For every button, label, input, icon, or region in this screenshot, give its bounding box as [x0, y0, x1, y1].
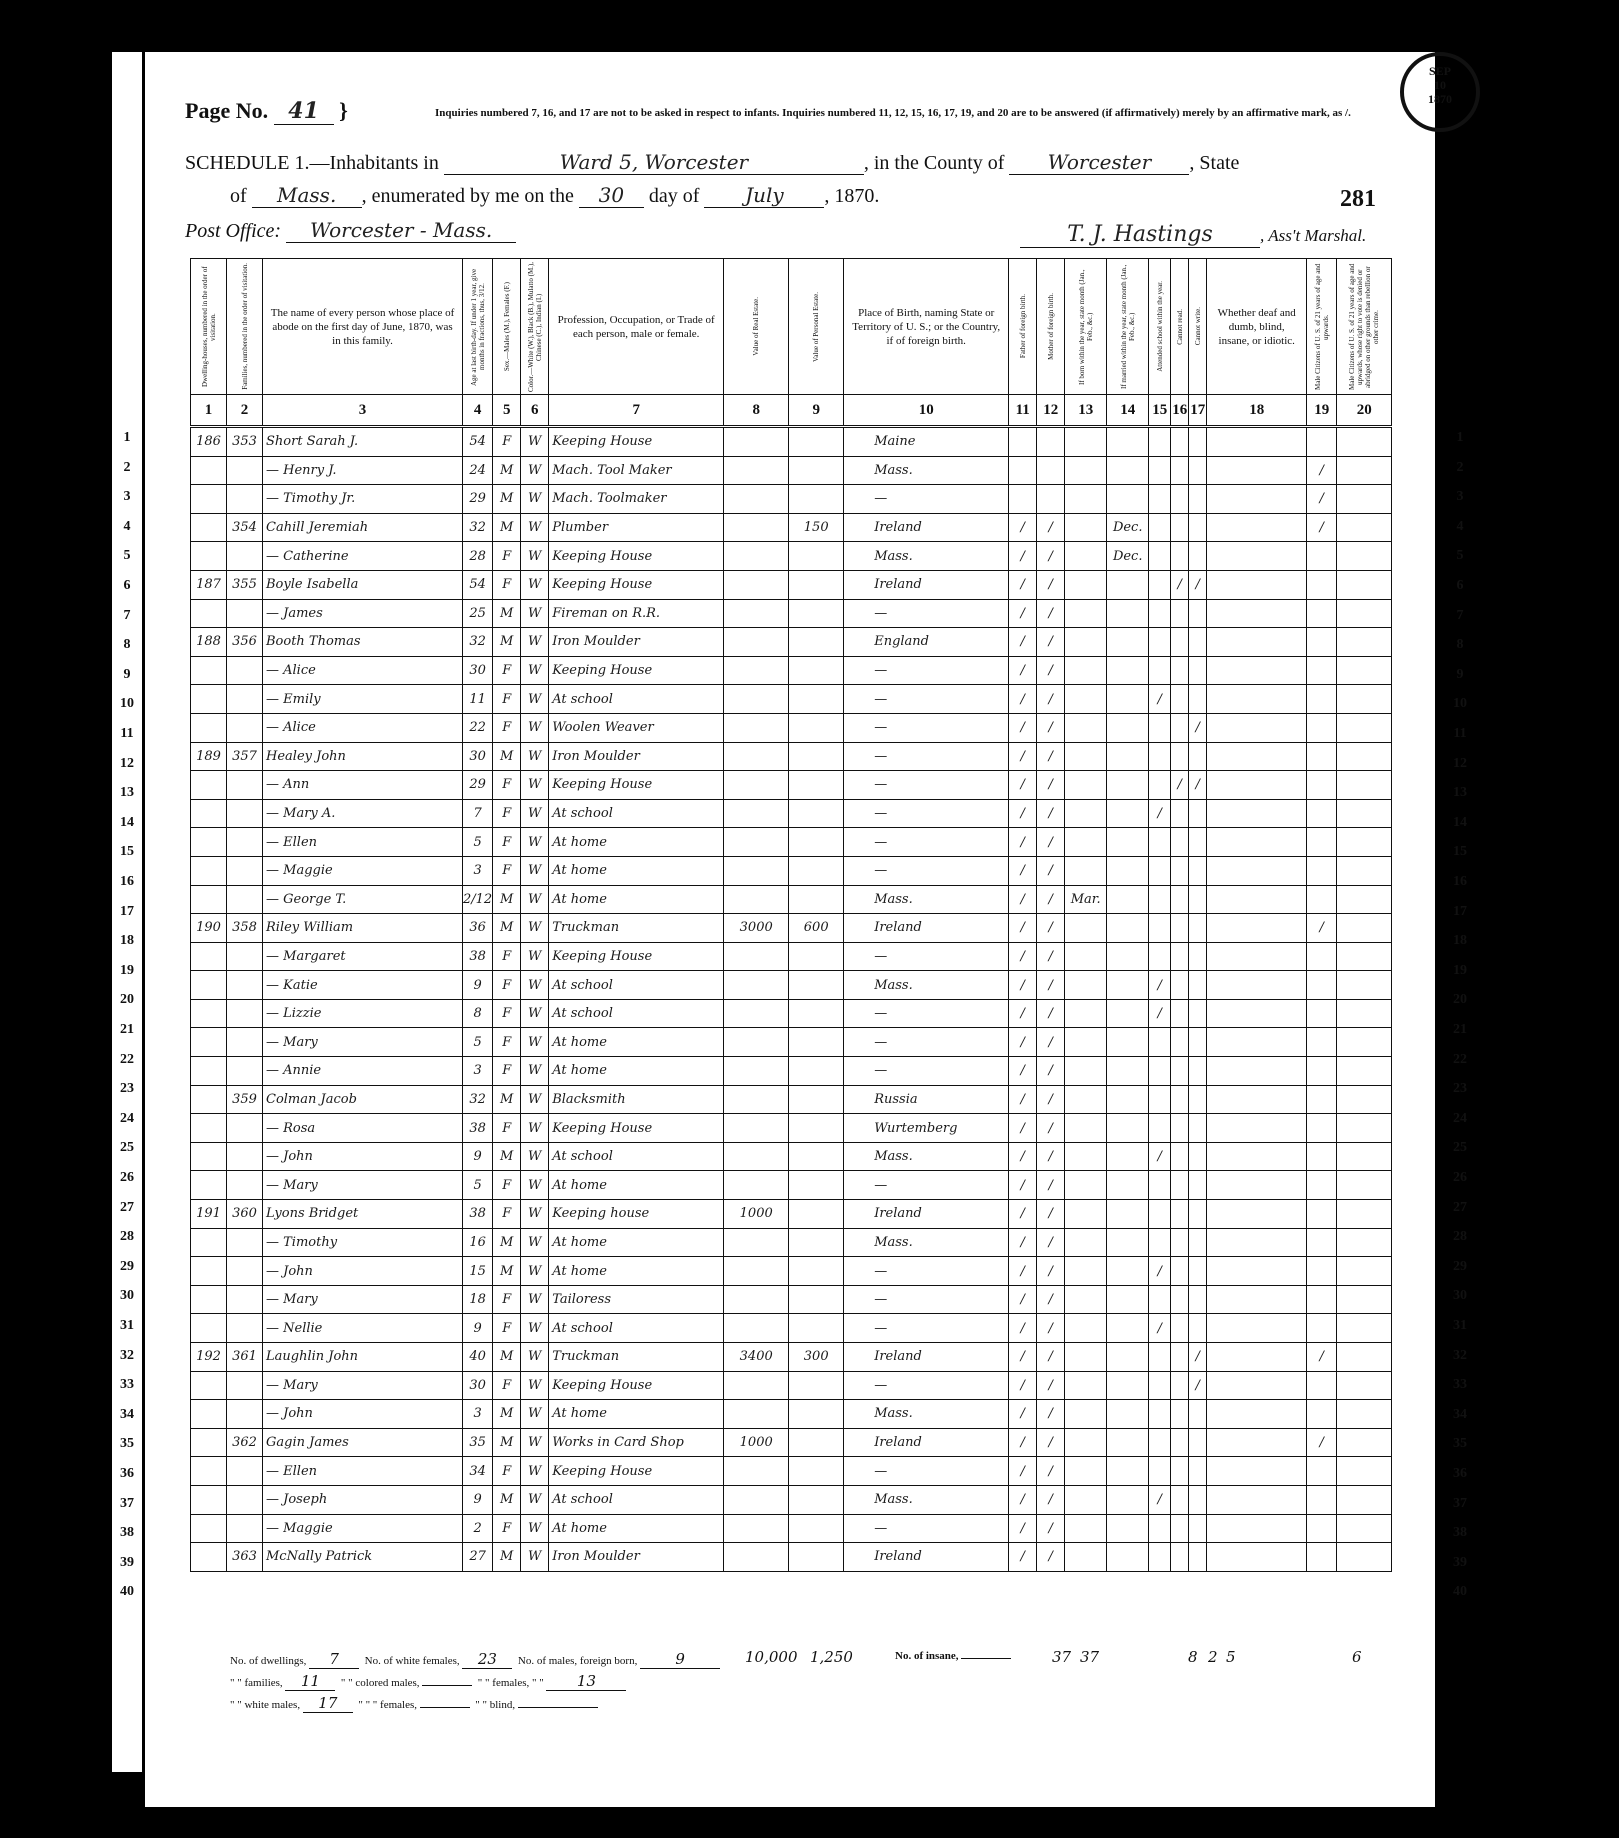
cell-sex: F — [493, 999, 521, 1028]
cell-c19 — [1307, 1400, 1337, 1429]
cell-school: / — [1149, 799, 1171, 828]
cell-c20 — [1337, 456, 1392, 485]
colored-males-count — [422, 1685, 472, 1686]
left-line-number: 24 — [112, 1111, 142, 1127]
table-row: 189357Healey John30MWIron Moulder—// — [191, 742, 1392, 771]
cell-c19 — [1307, 1028, 1337, 1057]
left-line-number: 25 — [112, 1140, 142, 1156]
cell-read — [1171, 1371, 1189, 1400]
cell-family — [227, 771, 263, 800]
cell-family — [227, 1028, 263, 1057]
cell-real — [724, 456, 789, 485]
cell-occupation: At home — [549, 1228, 724, 1257]
table-row: — Joseph9MWAt schoolMass./// — [191, 1485, 1392, 1514]
cell-age: 7 — [463, 799, 493, 828]
cell-real: 3000 — [724, 914, 789, 943]
cell-age: 11 — [463, 685, 493, 714]
cell-birthplace: Mass. — [844, 1400, 1009, 1429]
cell-sex: M — [493, 914, 521, 943]
column-number-11: 11 — [1009, 395, 1037, 427]
cell-occupation: At home — [549, 1514, 724, 1543]
cell-deaf — [1207, 1171, 1307, 1200]
cell-personal — [789, 1257, 844, 1286]
cell-dwelling: 190 — [191, 914, 227, 943]
table-row: 362Gagin James35MWWorks in Card Shop1000… — [191, 1428, 1392, 1457]
cell-occupation: At school — [549, 999, 724, 1028]
cell-color: W — [521, 1371, 549, 1400]
cell-born — [1065, 570, 1107, 599]
cell-name: — Margaret — [263, 942, 463, 971]
cell-personal — [789, 456, 844, 485]
cell-family: 361 — [227, 1343, 263, 1372]
cell-sex: F — [493, 1114, 521, 1143]
cell-occupation: Mach. Toolmaker — [549, 485, 724, 514]
table-row: — Alice30FWKeeping House—// — [191, 656, 1392, 685]
blind-label: " " blind, — [475, 1699, 515, 1711]
cell-c19: / — [1307, 1343, 1337, 1372]
left-line-number: 27 — [112, 1200, 142, 1216]
cell-c20 — [1337, 1371, 1392, 1400]
cell-write — [1189, 971, 1207, 1000]
total-father-foreign: 37 — [1052, 1648, 1071, 1666]
cell-age: 24 — [463, 456, 493, 485]
cell-school: / — [1149, 1485, 1171, 1514]
cell-sex: F — [493, 1200, 521, 1229]
cell-birthplace: — — [844, 1057, 1009, 1086]
cell-dwelling — [191, 485, 227, 514]
cell-family: 359 — [227, 1085, 263, 1114]
cell-c19 — [1307, 1200, 1337, 1229]
cell-read — [1171, 1485, 1189, 1514]
cell-color: W — [521, 685, 549, 714]
cell-sex: F — [493, 570, 521, 599]
cell-deaf — [1207, 885, 1307, 914]
cell-c19 — [1307, 628, 1337, 657]
left-line-number: 4 — [112, 519, 142, 535]
cell-family — [227, 1285, 263, 1314]
post-office-label: Post Office: — [185, 220, 281, 242]
cell-deaf — [1207, 1343, 1307, 1372]
received-date-stamp: SEP 10 1870 — [1400, 52, 1480, 132]
cell-mother: / — [1037, 628, 1065, 657]
foreign-females-label: " " females, " " — [478, 1677, 544, 1689]
cell-age: 9 — [463, 971, 493, 1000]
cell-personal — [789, 942, 844, 971]
cell-read — [1171, 1228, 1189, 1257]
cell-sex: F — [493, 1514, 521, 1543]
cell-color: W — [521, 1085, 549, 1114]
cell-mother: / — [1037, 1028, 1065, 1057]
state-value: Mass. — [252, 183, 362, 208]
table-row: — Catherine28FWKeeping HouseMass.//Dec. — [191, 542, 1392, 571]
column-number-6: 6 — [521, 395, 549, 427]
cell-color: W — [521, 1057, 549, 1086]
cell-mother: / — [1037, 713, 1065, 742]
cell-father: / — [1009, 570, 1037, 599]
cell-write: / — [1189, 1343, 1207, 1372]
cell-personal — [789, 971, 844, 1000]
cell-family: 357 — [227, 742, 263, 771]
cell-birthplace: Ireland — [844, 1200, 1009, 1229]
cell-family — [227, 1514, 263, 1543]
cell-occupation: At home — [549, 1057, 724, 1086]
cell-sex: F — [493, 771, 521, 800]
cell-write — [1189, 799, 1207, 828]
white-males-count: 17 — [303, 1694, 353, 1713]
cell-occupation: At school — [549, 1485, 724, 1514]
cell-married — [1107, 1400, 1149, 1429]
cell-deaf — [1207, 1314, 1307, 1343]
cell-birthplace: — — [844, 656, 1009, 685]
cell-school — [1149, 628, 1171, 657]
ward-value: Ward 5, Worcester — [444, 150, 864, 175]
cell-family — [227, 1400, 263, 1429]
column-label: Value of Personal Estate. — [812, 292, 820, 362]
cell-deaf — [1207, 1485, 1307, 1514]
cell-color: W — [521, 1314, 549, 1343]
cell-born — [1065, 1257, 1107, 1286]
left-line-number: 23 — [112, 1081, 142, 1097]
cell-read — [1171, 742, 1189, 771]
cell-birthplace: Ireland — [844, 1428, 1009, 1457]
cell-name: — Katie — [263, 971, 463, 1000]
cell-real — [724, 685, 789, 714]
cell-father: / — [1009, 1057, 1037, 1086]
cell-read — [1171, 1171, 1189, 1200]
cell-dwelling: 186 — [191, 427, 227, 457]
cell-write — [1189, 485, 1207, 514]
table-row: — Maggie2FWAt home—// — [191, 1514, 1392, 1543]
column-number-13: 13 — [1065, 395, 1107, 427]
cell-born — [1065, 999, 1107, 1028]
cell-born — [1065, 1485, 1107, 1514]
cell-father: / — [1009, 1228, 1037, 1257]
table-row: 192361Laughlin John40MWTruckman3400300Ir… — [191, 1343, 1392, 1372]
cell-read — [1171, 828, 1189, 857]
cell-mother: / — [1037, 1371, 1065, 1400]
table-row: — Rosa38FWKeeping HouseWurtemberg// — [191, 1114, 1392, 1143]
column-number-4: 4 — [463, 395, 493, 427]
cell-occupation: At school — [549, 799, 724, 828]
cell-sex: M — [493, 1543, 521, 1572]
cell-c19 — [1307, 1257, 1337, 1286]
cell-personal — [789, 999, 844, 1028]
cell-dwelling — [191, 1514, 227, 1543]
column-label: If born within the year, state month (Ja… — [1078, 262, 1094, 392]
sheet-number: 281 — [1340, 186, 1376, 213]
cell-age: 38 — [463, 1114, 493, 1143]
left-line-number: 20 — [112, 992, 142, 1008]
cell-married — [1107, 1200, 1149, 1229]
cell-c20 — [1337, 1171, 1392, 1200]
cell-name: — John — [263, 1142, 463, 1171]
cell-deaf — [1207, 713, 1307, 742]
county-value: Worcester — [1009, 150, 1189, 175]
column-header-8: Value of Real Estate. — [724, 259, 789, 395]
cell-married — [1107, 656, 1149, 685]
cell-age: 9 — [463, 1142, 493, 1171]
cell-family: 355 — [227, 570, 263, 599]
cell-born — [1065, 971, 1107, 1000]
cell-write — [1189, 1057, 1207, 1086]
cell-read — [1171, 1200, 1189, 1229]
day-value: 30 — [579, 183, 644, 208]
cell-family — [227, 1371, 263, 1400]
cell-sex: M — [493, 742, 521, 771]
cell-write — [1189, 1085, 1207, 1114]
table-row: — Mary5FWAt home—// — [191, 1171, 1392, 1200]
cell-name: — Lizzie — [263, 999, 463, 1028]
cell-name: — Annie — [263, 1057, 463, 1086]
cell-school: / — [1149, 971, 1171, 1000]
cell-personal — [789, 1514, 844, 1543]
left-line-number: 7 — [112, 608, 142, 624]
right-line-number: 21 — [1440, 1022, 1480, 1038]
cell-c19 — [1307, 999, 1337, 1028]
cell-c19 — [1307, 713, 1337, 742]
cell-father: / — [1009, 1543, 1037, 1572]
cell-deaf — [1207, 999, 1307, 1028]
left-line-number: 19 — [112, 963, 142, 979]
cell-dwelling: 191 — [191, 1200, 227, 1229]
cell-color: W — [521, 1343, 549, 1372]
cell-write — [1189, 828, 1207, 857]
insane-count — [961, 1658, 1011, 1659]
cell-father: / — [1009, 1285, 1037, 1314]
page-number-value: 41 — [274, 98, 334, 125]
cell-write — [1189, 1028, 1207, 1057]
cell-read — [1171, 1285, 1189, 1314]
table-row: — Mary A.7FWAt school—/// — [191, 799, 1392, 828]
cell-father: / — [1009, 999, 1037, 1028]
cell-age: 9 — [463, 1314, 493, 1343]
cell-mother: / — [1037, 570, 1065, 599]
cell-c20 — [1337, 828, 1392, 857]
cell-school — [1149, 485, 1171, 514]
cell-c20 — [1337, 1514, 1392, 1543]
cell-birthplace: — — [844, 713, 1009, 742]
cell-father: / — [1009, 656, 1037, 685]
table-row: — Alice22FWWoolen Weaver—/// — [191, 713, 1392, 742]
cell-real — [724, 1457, 789, 1486]
cell-born — [1065, 628, 1107, 657]
cell-dwelling — [191, 1228, 227, 1257]
column-label: Dwelling-houses, numbered in the order o… — [201, 262, 217, 392]
cell-mother: / — [1037, 999, 1065, 1028]
cell-birthplace: — — [844, 1457, 1009, 1486]
cell-name: — Maggie — [263, 1514, 463, 1543]
cell-family — [227, 885, 263, 914]
cell-deaf — [1207, 542, 1307, 571]
column-header-12: Mother of foreign birth. — [1037, 259, 1065, 395]
cell-father: / — [1009, 799, 1037, 828]
cell-c20 — [1337, 856, 1392, 885]
cell-c20 — [1337, 1200, 1392, 1229]
cell-personal — [789, 799, 844, 828]
cell-occupation: Mach. Tool Maker — [549, 456, 724, 485]
cell-real — [724, 1257, 789, 1286]
cell-c20 — [1337, 1085, 1392, 1114]
table-row: 354Cahill Jeremiah32MWPlumber150Ireland/… — [191, 513, 1392, 542]
cell-color: W — [521, 1514, 549, 1543]
left-line-number: 6 — [112, 578, 142, 594]
cell-deaf — [1207, 914, 1307, 943]
cell-married — [1107, 1428, 1149, 1457]
cell-c19 — [1307, 1314, 1337, 1343]
cell-name: — Mary — [263, 1371, 463, 1400]
cell-write — [1189, 427, 1207, 457]
cell-c19 — [1307, 1457, 1337, 1486]
cell-read — [1171, 1142, 1189, 1171]
cell-family — [227, 999, 263, 1028]
cell-occupation: Works in Card Shop — [549, 1428, 724, 1457]
cell-occupation: Keeping House — [549, 542, 724, 571]
foreign-males-label: No. of males, foreign born, — [518, 1655, 637, 1667]
cell-personal — [789, 1485, 844, 1514]
cell-birthplace: — — [844, 771, 1009, 800]
cell-father: / — [1009, 742, 1037, 771]
cell-name: Laughlin John — [263, 1343, 463, 1372]
cell-deaf — [1207, 685, 1307, 714]
cell-family — [227, 828, 263, 857]
cell-real — [724, 971, 789, 1000]
cell-age: 22 — [463, 713, 493, 742]
cell-born — [1065, 799, 1107, 828]
cell-age: 40 — [463, 1343, 493, 1372]
cell-write — [1189, 456, 1207, 485]
cell-name: — Ellen — [263, 1457, 463, 1486]
cell-age: 3 — [463, 1400, 493, 1429]
cell-dwelling: 188 — [191, 628, 227, 657]
cell-school — [1149, 1514, 1171, 1543]
cell-dwelling — [191, 1085, 227, 1114]
cell-family — [227, 713, 263, 742]
cell-sex: M — [493, 513, 521, 542]
cell-father: / — [1009, 1428, 1037, 1457]
cell-family: 358 — [227, 914, 263, 943]
cell-c20 — [1337, 485, 1392, 514]
column-header-11: Father of foreign birth. — [1009, 259, 1037, 395]
column-number-7: 7 — [549, 395, 724, 427]
total-attended-school: 8 — [1188, 1648, 1198, 1666]
cell-real — [724, 1543, 789, 1572]
table-row: 190358Riley William36MWTruckman3000600Ir… — [191, 914, 1392, 943]
left-line-number: 13 — [112, 785, 142, 801]
cell-sex: M — [493, 1485, 521, 1514]
cell-occupation: At school — [549, 971, 724, 1000]
left-line-number: 16 — [112, 874, 142, 890]
cell-age: 15 — [463, 1257, 493, 1286]
table-row: — Mary18FWTailoress—// — [191, 1285, 1392, 1314]
cell-father: / — [1009, 1257, 1037, 1286]
cell-color: W — [521, 1285, 549, 1314]
cell-school — [1149, 1371, 1171, 1400]
cell-personal — [789, 742, 844, 771]
cell-birthplace: England — [844, 628, 1009, 657]
cell-c20 — [1337, 999, 1392, 1028]
cell-family — [227, 971, 263, 1000]
cell-real — [724, 1371, 789, 1400]
cell-c20 — [1337, 799, 1392, 828]
cell-school — [1149, 713, 1171, 742]
cell-dwelling — [191, 799, 227, 828]
cell-real — [724, 1400, 789, 1429]
cell-sex: F — [493, 828, 521, 857]
cell-sex: M — [493, 599, 521, 628]
cell-read — [1171, 656, 1189, 685]
right-line-number: 20 — [1440, 992, 1480, 1008]
cell-dwelling — [191, 1371, 227, 1400]
table-row: — Maggie3FWAt home—// — [191, 856, 1392, 885]
cell-real: 1000 — [724, 1428, 789, 1457]
cell-birthplace: — — [844, 1514, 1009, 1543]
cell-age: 27 — [463, 1543, 493, 1572]
cell-personal — [789, 1400, 844, 1429]
cell-color: W — [521, 856, 549, 885]
table-row: — Ellen5FWAt home—// — [191, 828, 1392, 857]
cell-name: — Ellen — [263, 828, 463, 857]
cell-birthplace: — — [844, 1314, 1009, 1343]
cell-write — [1189, 1228, 1207, 1257]
cell-married — [1107, 971, 1149, 1000]
cell-born — [1065, 1400, 1107, 1429]
right-line-number: 31 — [1440, 1318, 1480, 1334]
cell-mother — [1037, 456, 1065, 485]
cell-age: 29 — [463, 485, 493, 514]
right-line-number: 15 — [1440, 844, 1480, 860]
cell-real — [724, 771, 789, 800]
total-male-citizens: 6 — [1352, 1648, 1362, 1666]
cell-dwelling — [191, 656, 227, 685]
cell-color: W — [521, 1543, 549, 1572]
cell-occupation: At school — [549, 685, 724, 714]
cell-color: W — [521, 513, 549, 542]
cell-real — [724, 1057, 789, 1086]
cell-born — [1065, 1228, 1107, 1257]
right-line-number: 27 — [1440, 1200, 1480, 1216]
cell-age: 32 — [463, 513, 493, 542]
cell-occupation: At home — [549, 856, 724, 885]
cell-father: / — [1009, 513, 1037, 542]
cell-mother: / — [1037, 799, 1065, 828]
cell-school — [1149, 599, 1171, 628]
cell-write — [1189, 1457, 1207, 1486]
cell-married — [1107, 1371, 1149, 1400]
cell-mother: / — [1037, 1514, 1065, 1543]
cell-sex: F — [493, 971, 521, 1000]
left-line-number: 32 — [112, 1348, 142, 1364]
cell-c20 — [1337, 1400, 1392, 1429]
cell-deaf — [1207, 427, 1307, 457]
cell-personal — [789, 1057, 844, 1086]
left-line-number: 3 — [112, 489, 142, 505]
cell-personal: 150 — [789, 513, 844, 542]
cell-married — [1107, 742, 1149, 771]
table-row: — Timothy16MWAt homeMass.// — [191, 1228, 1392, 1257]
cell-mother: / — [1037, 1200, 1065, 1229]
table-row: 188356Booth Thomas32MWIron MoulderEnglan… — [191, 628, 1392, 657]
cell-c20 — [1337, 628, 1392, 657]
cell-c19: / — [1307, 513, 1337, 542]
cell-family — [227, 1057, 263, 1086]
cell-married — [1107, 1114, 1149, 1143]
cell-school: / — [1149, 999, 1171, 1028]
right-line-number: 23 — [1440, 1081, 1480, 1097]
column-header-9: Value of Personal Estate. — [789, 259, 844, 395]
cell-occupation: At home — [549, 1028, 724, 1057]
cell-deaf — [1207, 1200, 1307, 1229]
cell-personal — [789, 771, 844, 800]
